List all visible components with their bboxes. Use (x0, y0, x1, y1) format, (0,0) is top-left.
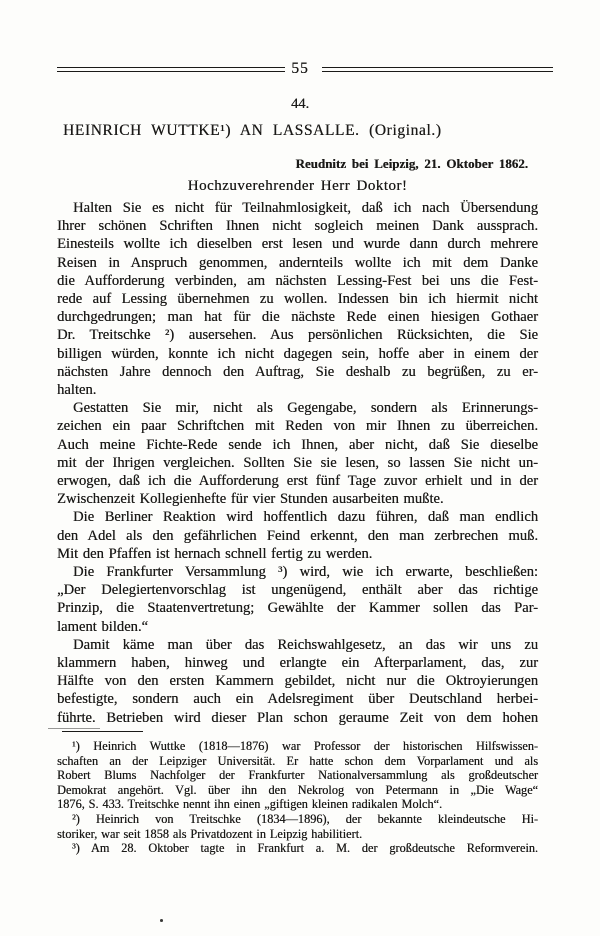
text-line: befestigte, sondern auch ein Adelsregime… (57, 690, 538, 708)
text-line: Zwischenzeit Kollegienhefte für vier Stu… (57, 490, 538, 508)
text-line: schaften an der Leipziger Universität. E… (57, 754, 538, 769)
text-line: Die Berliner Reaktion wird hoffentlich d… (57, 508, 538, 526)
text-line: Damit käme man über das Reichswahlgesetz… (57, 636, 538, 654)
text-line: Reisen in Anspruch genommen, andernteils… (57, 254, 538, 272)
paragraph: Gestatten Sie mir, nicht als Gegengabe, … (57, 399, 538, 508)
header-rule-right (322, 67, 553, 72)
text-line: Auch meine Fichte-Rede sende ich Ihnen, … (57, 436, 538, 454)
text-line: erwogen, daß ich die Aufforderung erst f… (57, 472, 538, 490)
letter-number: 44. (0, 96, 600, 113)
text-line: Die Frankfurter Versammlung ³) wird, wie… (57, 563, 538, 581)
text-line: klammern haben, hinweg und erlangte ein … (57, 654, 538, 672)
book-page: 55 44. HEINRICH WUTTKE¹) AN LASSALLE. (O… (0, 0, 600, 936)
paragraph: Damit käme man über das Reichswahlgesetz… (57, 636, 538, 727)
text-line: Mit den Pfaffen ist hernach schnell fert… (57, 545, 538, 563)
text-line: durchgedrungen; man hat für die nächste … (57, 308, 538, 326)
text-line: ³) Am 28. Oktober tagte in Frankfurt a. … (57, 841, 538, 856)
paragraph: ²) Heinrich von Treitschke (1834—1896), … (57, 812, 538, 841)
footnotes: ¹) Heinrich Wuttke (1818—1876) war Profe… (57, 739, 538, 856)
text-line: Robert Blums Nachfolger der Frankfurter … (57, 768, 538, 783)
text-line: Gestatten Sie mir, nicht als Gegengabe, … (57, 399, 538, 417)
text-line: zeichen ein paar Schriftchen mit Reden v… (57, 417, 538, 435)
text-line: billigen würden, konnte ich nicht dagege… (57, 345, 538, 363)
text-line: mit der Ihrigen vergleichen. Sollten Sie… (57, 454, 538, 472)
text-line: ¹) Heinrich Wuttke (1818—1876) war Profe… (57, 739, 538, 754)
letter-salutation: Hochzuverehrender Herr Doktor! (57, 178, 538, 195)
ink-speck (160, 919, 163, 922)
text-line: Ihrer schönen Schriften Ihnen nicht sogl… (57, 217, 538, 235)
paragraph: Halten Sie es nicht für Teilnahmlosigkei… (57, 199, 538, 399)
text-line: 1876, S. 433. Treitschke nennt ihn einen… (57, 797, 538, 812)
text-line: die Aufforderung verbinden, am nächsten … (57, 272, 538, 290)
text-line: storiker, war seit 1858 als Privatdozent… (57, 827, 538, 842)
text-line: lament bilden.“ (57, 618, 538, 636)
text-line: Hälfte von den ersten Kammern gebildet, … (57, 672, 538, 690)
text-line: „Der Delegiertenvorschlag ist ungenügend… (57, 581, 538, 599)
footnote-rule (62, 731, 143, 732)
paragraph: ³) Am 28. Oktober tagte in Frankfurt a. … (57, 841, 538, 856)
text-line: nächsten Jahre dennoch den Auftrag, Sie … (57, 363, 538, 381)
paragraph: ¹) Heinrich Wuttke (1818—1876) war Profe… (57, 739, 538, 812)
text-line: Prinzip, die Staatenvertretung; Gewählte… (57, 599, 538, 617)
text-line: rede auf Lessing übernehmen zu wollen. I… (57, 290, 538, 308)
text-line: Halten Sie es nicht für Teilnahmlosigkei… (57, 199, 538, 217)
text-line: ²) Heinrich von Treitschke (1834—1896), … (57, 812, 538, 827)
letter-dateline: Reudnitz bei Leipzig, 21. Oktober 1862. (57, 156, 528, 172)
text-line: Dr. Treitschke ²) ausersehen. Aus persön… (57, 326, 538, 344)
text-line: halten. (57, 381, 538, 399)
letter-body: Halten Sie es nicht für Teilnahmlosigkei… (57, 199, 538, 727)
paragraph: Die Frankfurter Versammlung ³) wird, wie… (57, 563, 538, 636)
text-line: Einesteils wollte ich dieselben erst les… (57, 235, 538, 253)
text-line: Demokrat angehört. Vgl. über ihn den Nek… (57, 783, 538, 798)
text-line: den Adel als den gefährlichen Feind erke… (57, 527, 538, 545)
paragraph: Die Berliner Reaktion wird hoffentlich d… (57, 508, 538, 563)
letter-heading: HEINRICH WUTTKE¹) AN LASSALLE. (Original… (63, 122, 441, 140)
text-line: führte. Betrieben wird dieser Plan schon… (57, 709, 538, 727)
